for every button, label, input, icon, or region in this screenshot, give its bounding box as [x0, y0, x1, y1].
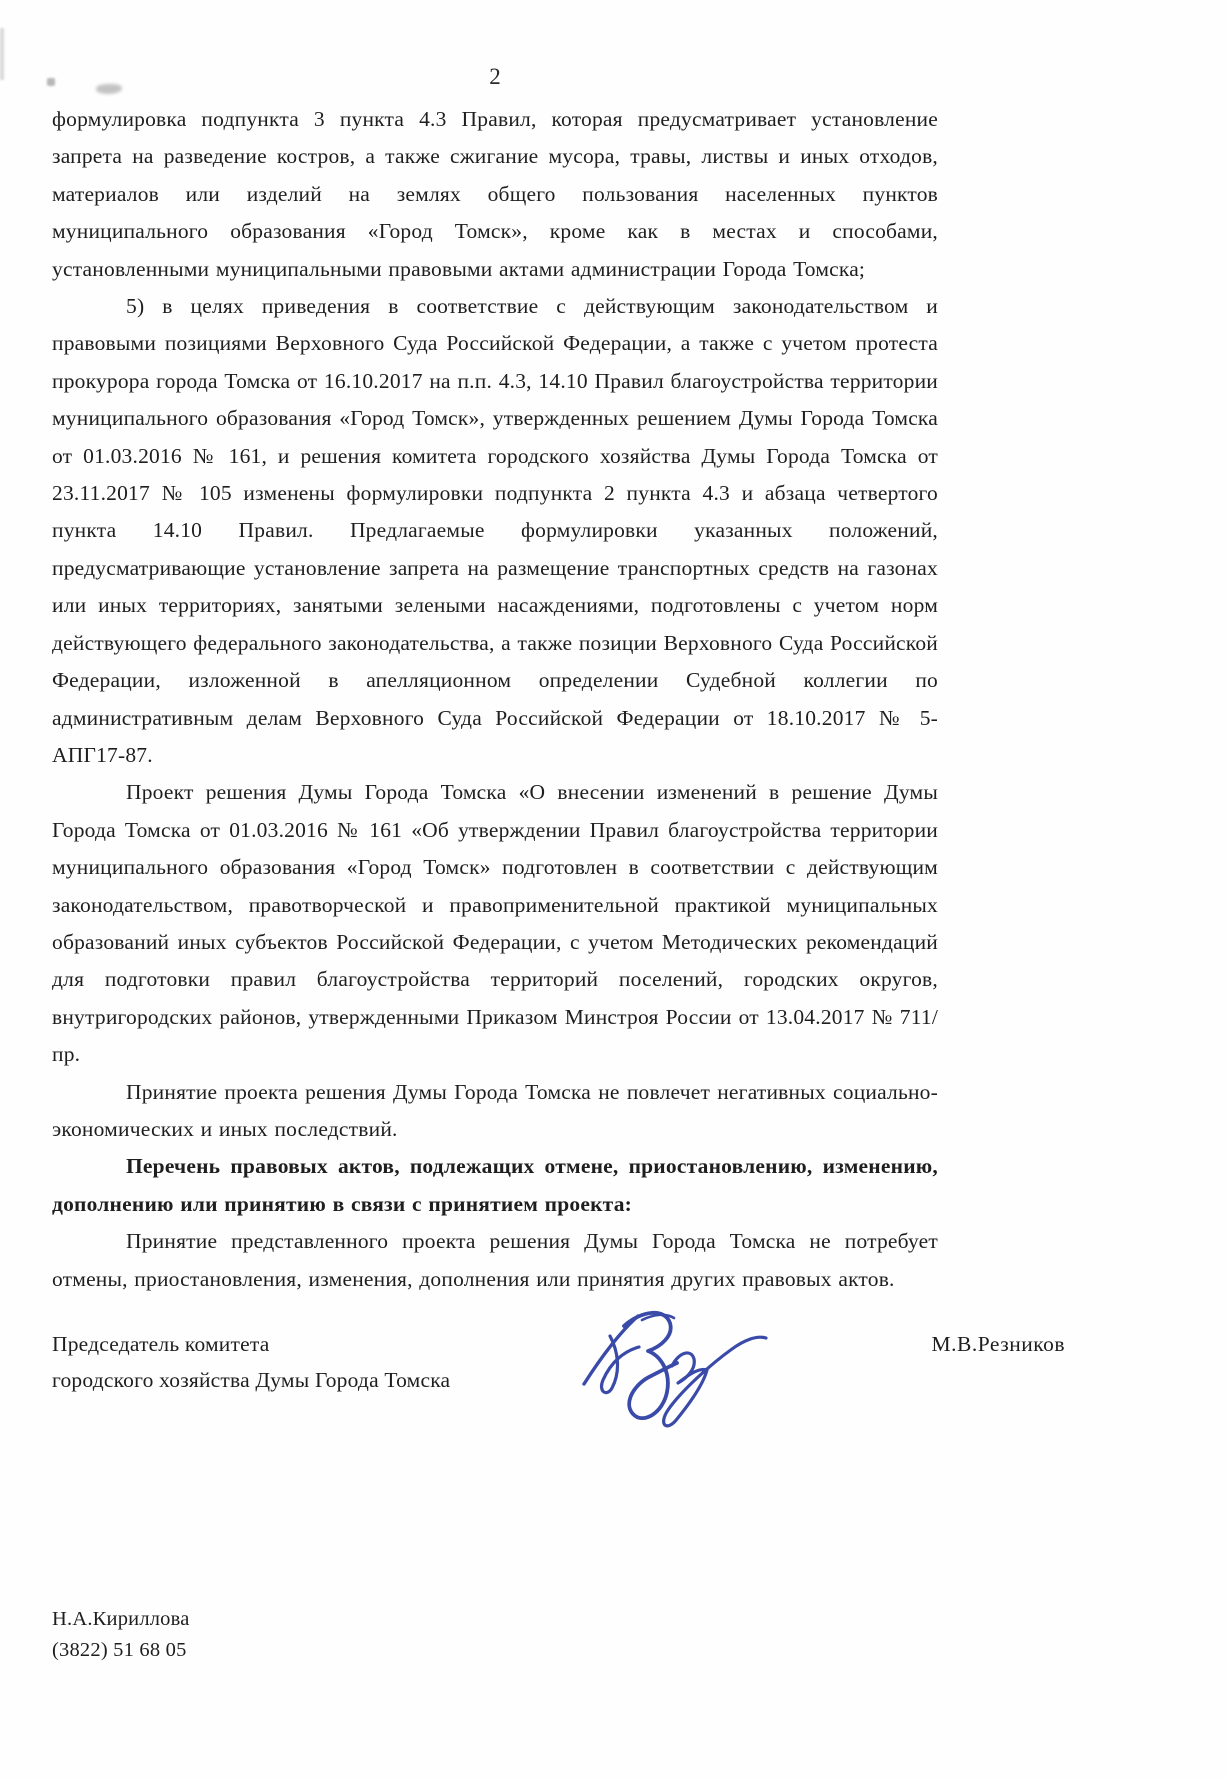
body-paragraph-heading: Перечень правовых актов, подлежащих отме… [52, 1148, 938, 1223]
scan-artifact [0, 28, 4, 80]
body-paragraph: Принятие представленного проекта решения… [52, 1223, 938, 1298]
body-paragraph: Принятие проекта решения Думы Города Том… [52, 1074, 938, 1149]
body-paragraph: формулировка подпункта 3 пункта 4.3 Прав… [52, 101, 938, 288]
body-paragraph: 5) в целях приведения в соответствие с д… [52, 288, 938, 774]
signer-position-title: Председатель комитета городского хозяйст… [52, 1326, 450, 1398]
scanned-document-page: 2 формулировка подпункта 3 пункта 4.3 Пр… [0, 0, 1227, 1778]
contact-name: Н.А.Кириллова [52, 1604, 190, 1635]
page-number: 2 [52, 64, 938, 90]
signature-block: Председатель комитета городского хозяйст… [52, 1326, 1065, 1398]
body-paragraph: Проект решения Думы Города Томска «О вне… [52, 774, 938, 1073]
contact-phone: (3822) 51 68 05 [52, 1635, 190, 1666]
document-body: формулировка подпункта 3 пункта 4.3 Прав… [52, 101, 938, 1298]
handwritten-signature-icon [566, 1296, 778, 1448]
contact-footer: Н.А.Кириллова (3822) 51 68 05 [52, 1604, 190, 1666]
signer-name: М.В.Резников [932, 1326, 1065, 1362]
